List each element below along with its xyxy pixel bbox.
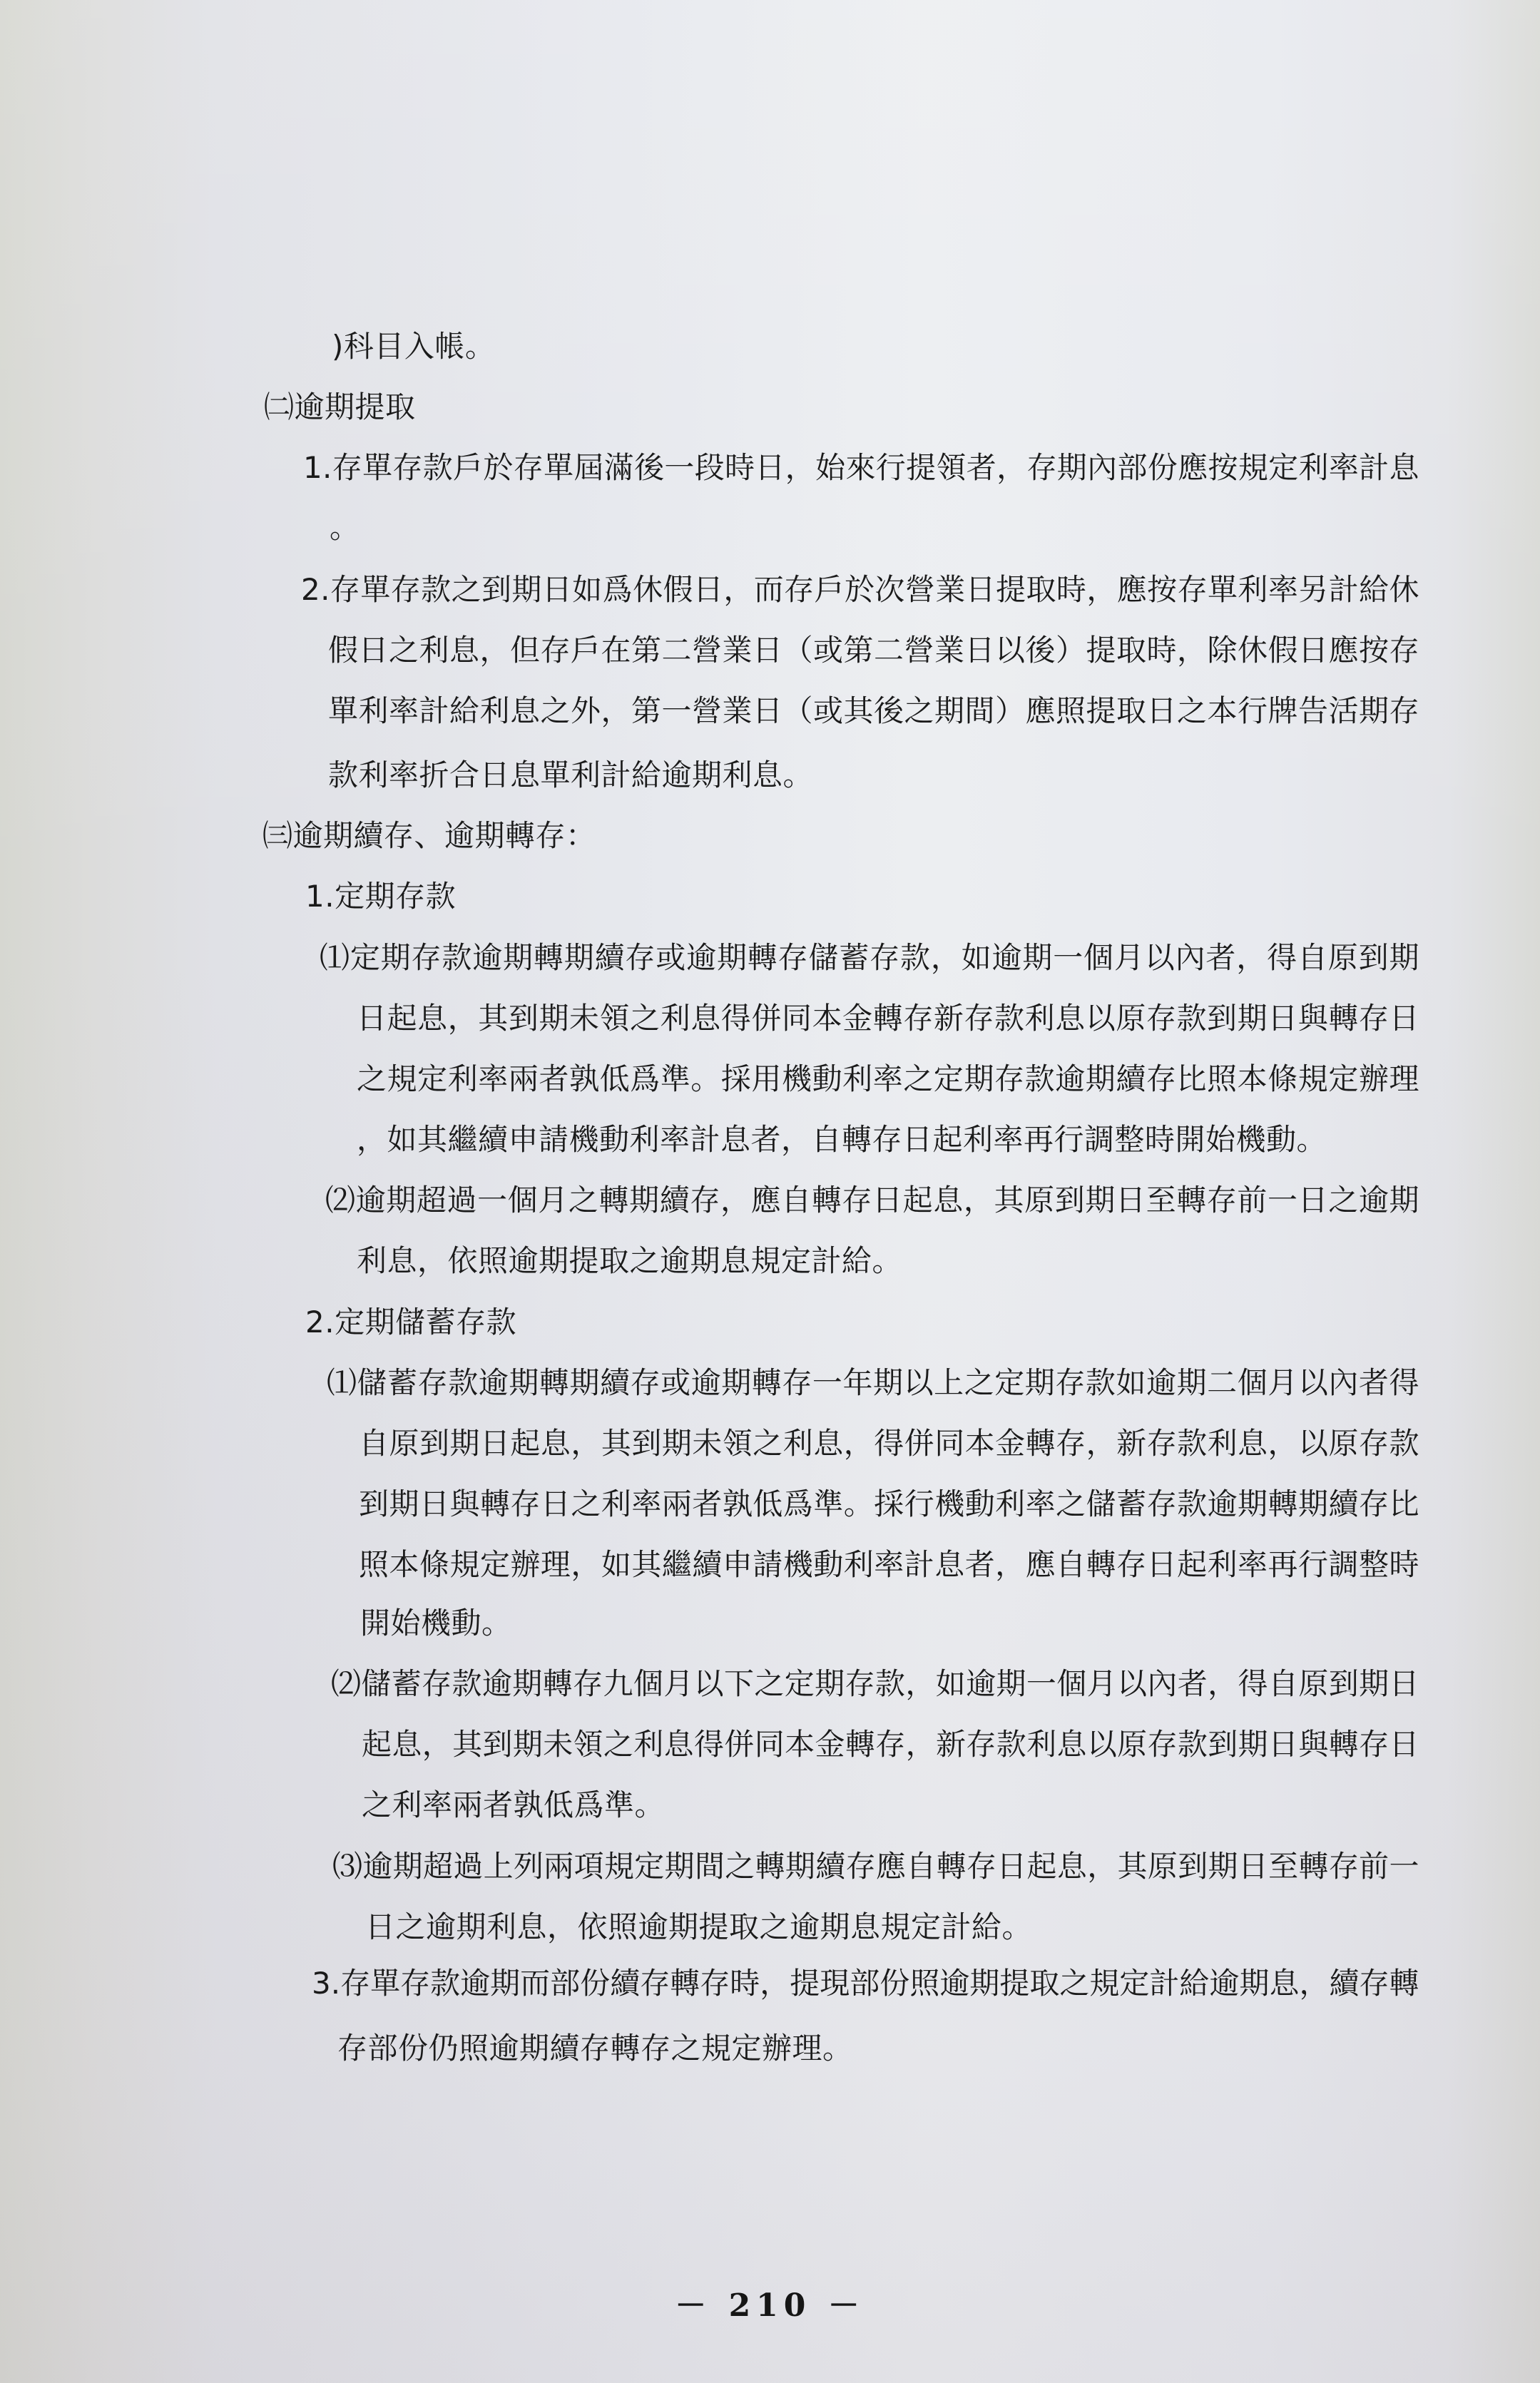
subheading-time-savings-deposit: 2.定期儲蓄存款	[305, 1302, 516, 1342]
clause-2-2-line-2: 起息，其到期未領之利息得併同本金轉存，新存款利息以原存款到期日與轉存日	[362, 1725, 1419, 1765]
clause-2-1-line-2: 自原到期日起息，其到期未領之利息，得併同本金轉存，新存款利息，以原存款	[359, 1424, 1419, 1464]
text-line-continuation: )科目入帳。	[332, 327, 495, 367]
subheading-time-deposit: 1.定期存款	[305, 877, 456, 917]
clause-2-3-line-1: ⑶逾期超過上列兩項規定期間之轉期續存應自轉存日起息，其原到期日至轉存前一	[332, 1847, 1419, 1887]
clause-1-1-line-4: ，如其繼續申請機動利率計息者，自轉存日起利率再行調整時開始機動。	[357, 1120, 1327, 1160]
clause-2-2-line-3: 之利率兩者孰低爲準。	[362, 1785, 665, 1825]
item-3-line-1: 3.存單存款逾期而部份續存轉存時，提現部份照逾期提取之規定計給逾期息，續存轉	[312, 1964, 1419, 2004]
clause-2-1-line-1: ⑴儲蓄存款逾期轉期續存或逾期轉存一年期以上之定期存款如逾期二個月以內者得	[327, 1363, 1419, 1403]
section-heading-overdue-renewal: ㈢逾期續存、逾期轉存：	[262, 816, 596, 856]
clause-2-2-line-1: ⑵儲蓄存款逾期轉存九個月以下之定期存款，如逾期一個月以內者，得自原到期日	[331, 1664, 1419, 1704]
clause-2-1-line-4: 照本條規定辦理，如其繼續申請機動利率計息者，應自轉存日起利率再行調整時	[359, 1545, 1419, 1585]
item-1-line-2: 。	[330, 508, 360, 548]
item-2-line-3: 單利率計給利息之外，第一營業日（或其後之期間）應照提取日之本行牌告活期存	[328, 691, 1419, 731]
clause-2-1-line-5: 開始機動。	[360, 1603, 512, 1643]
clause-1-1-line-1: ⑴定期存款逾期轉期續存或逾期轉存儲蓄存款，如逾期一個月以內者，得自原到期	[320, 938, 1419, 978]
clause-1-2-line-1: ⑵逾期超過一個月之轉期續存，應自轉存日起息，其原到期日至轉存前一日之逾期	[325, 1180, 1419, 1220]
item-2-line-1: 2.存單存款之到期日如爲休假日，而存戶於次營業日提取時，應按存單利率另計給休	[301, 570, 1419, 610]
section-heading-overdue-withdrawal: ㈡逾期提取	[264, 387, 416, 427]
item-2-line-4: 款利率折合日息單利計給逾期利息。	[328, 755, 813, 795]
clause-2-3-line-2: 日之逾期利息，依照逾期提取之逾期息規定計給。	[365, 1907, 1032, 1947]
item-2-line-2: 假日之利息，但存戶在第二營業日（或第二營業日以後）提取時，除休假日應按存	[328, 631, 1419, 670]
clause-1-2-line-2: 利息，依照逾期提取之逾期息規定計給。	[357, 1241, 902, 1281]
item-3-line-2: 存部份仍照逾期續存轉存之規定辦理。	[337, 2029, 853, 2068]
item-1-line-1: 1.存單存款戶於存單屆滿後一段時日，始來行提領者，存期內部份應按規定利率計息	[303, 448, 1419, 488]
clause-2-1-line-3: 到期日與轉存日之利率兩者孰低爲準。採行機動利率之儲蓄存款逾期轉期續存比	[359, 1484, 1419, 1524]
clause-1-1-line-2: 日起息，其到期未領之利息得併同本金轉存新存款利息以原存款到期日與轉存日	[357, 999, 1419, 1039]
clause-1-1-line-3: 之規定利率兩者孰低爲準。採用機動利率之定期存款逾期續存比照本條規定辦理	[357, 1059, 1419, 1099]
page-number: － 210 －	[0, 2280, 1540, 2325]
